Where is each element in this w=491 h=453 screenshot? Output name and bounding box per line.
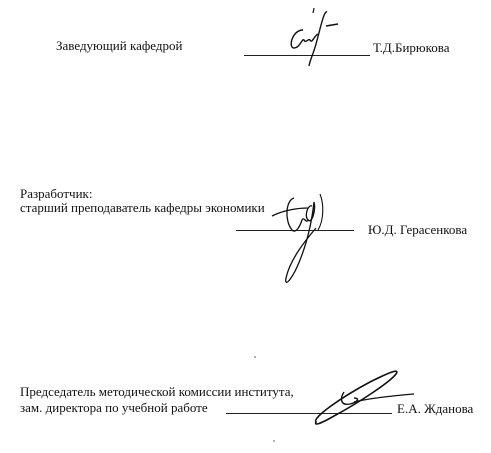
handwritten-signature-icon xyxy=(268,190,348,290)
position-subtitle: зам. директора по учебной работе xyxy=(20,400,208,415)
scan-artifact xyxy=(273,440,275,442)
signatory-name: Е.А. Жданова xyxy=(397,401,473,416)
position-title: старший преподаватель кафедры экономики xyxy=(20,200,265,215)
signatory-name: Т.Д.Бирюкова xyxy=(373,40,450,55)
scan-artifact xyxy=(254,356,256,358)
handwritten-signature-icon xyxy=(310,368,420,428)
role-label: Разработчик: xyxy=(20,186,92,201)
position-title: Заведующий кафедрой xyxy=(56,38,182,53)
handwritten-signature-icon xyxy=(280,0,350,70)
signatory-name: Ю.Д. Герасенкова xyxy=(368,222,467,237)
position-title: Председатель методической комиссии инсти… xyxy=(20,384,294,399)
